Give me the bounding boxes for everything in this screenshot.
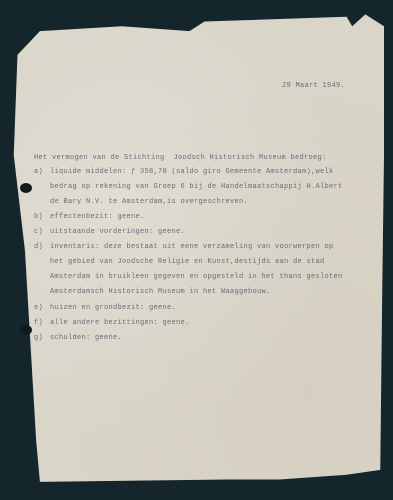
item-c-line-1: uitstaande vorderingen: geene. (50, 228, 185, 236)
item-b-line-1: effectenbezit: geene. (50, 213, 145, 221)
intro-line: Het vermogen van de Stichting Joodsch Hi… (34, 154, 327, 162)
item-e-line-1: huizen en grondbezit: geene. (50, 304, 176, 312)
document-date: 29 Maart 1949. (282, 82, 345, 90)
punch-hole-bottom (20, 325, 32, 335)
item-d-line-3: Amsterdam in bruikleen gegeven en opgest… (50, 273, 343, 281)
item-g-label: g) (34, 334, 43, 342)
punch-hole-top (20, 183, 32, 193)
item-d-line-4: Amsterdamsch Historisch Museum in het Wa… (50, 288, 271, 296)
item-a-line-2: bedrag op rekening van Groep 6 bij de Ha… (50, 183, 343, 191)
item-e-label: e) (34, 304, 43, 312)
item-c-label: c) (34, 228, 43, 236)
item-d-line-1: inventaris: deze bestaat uit eene verzam… (50, 243, 334, 251)
item-g-line-1: schulden: geene. (50, 334, 122, 342)
item-a-line-1: liquide middelen: ƒ 358,70 (saldo giro G… (50, 168, 334, 176)
item-d-line-2: het gebied van Joodsche Religie en Kunst… (50, 258, 325, 266)
item-a-label: a) (34, 168, 43, 176)
item-d-label: d) (34, 243, 43, 251)
item-b-label: b) (34, 213, 43, 221)
item-f-line-1: alle andere bezittingen: geene. (50, 319, 190, 327)
item-f-label: f) (34, 319, 43, 327)
item-a-line-3: de Bary N.V. te Amsterdam,is overgeschre… (50, 198, 248, 206)
